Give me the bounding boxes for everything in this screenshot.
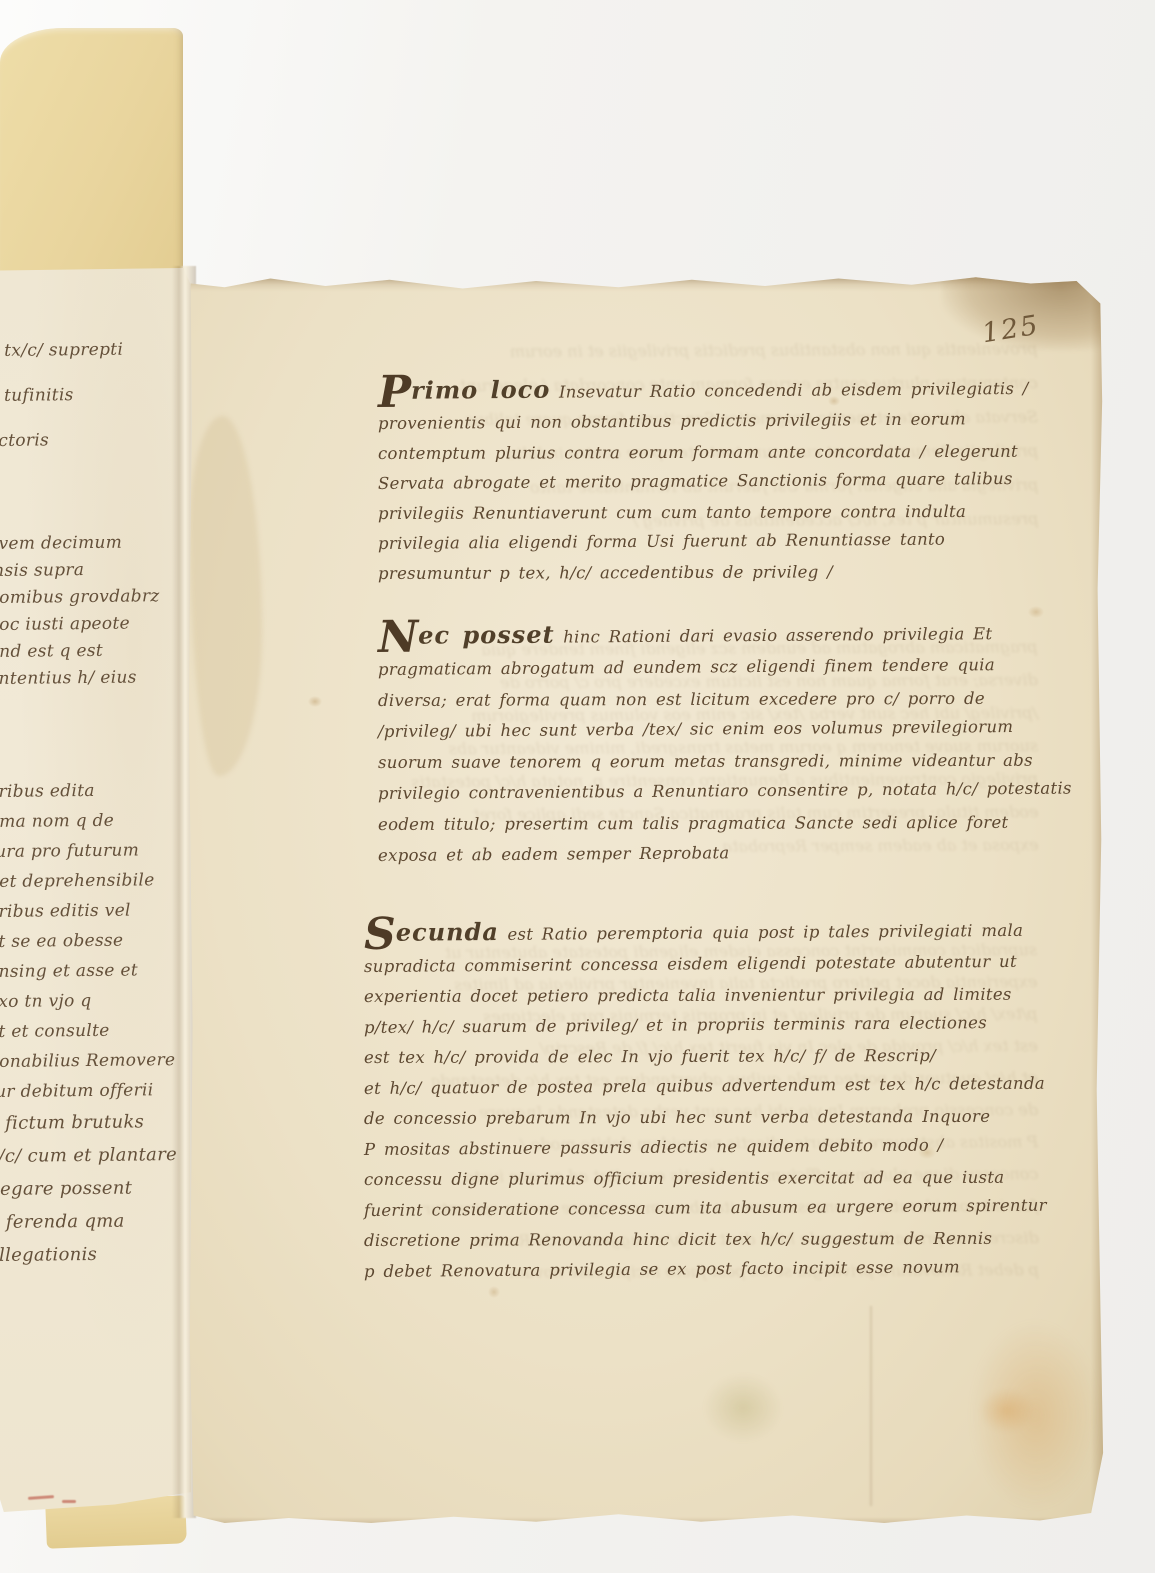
deckled-right-edge [1091,276,1104,1528]
repair-patch [190,416,262,776]
paragraph-primo: Primo loco Insevatur Ratio concedendi ab… [378,376,1074,589]
left-page-line: exo tn vjo q [0,985,188,1017]
left-page-text-block: o tx/c/ supreptie tufinitisectoris [0,328,188,463]
text-line: p debet Renovatura privilegia se ex post… [364,1251,1060,1287]
paper-crease [1113,1206,1115,1486]
left-page-line: tur debitum offerii [0,1075,188,1107]
left-page-line: allegationis [0,1237,188,1272]
paragraph-secunda: Secunda est Ratio peremptoria quia post … [364,918,1060,1287]
left-page-line: e tufinitis [0,372,188,419]
left-page-line: msis supra [0,556,188,585]
text-line-rest: Insevatur Ratio concedendi ab eisdem pri… [559,379,1029,402]
left-page-line: oribus editis vel [0,895,188,927]
left-page-line: qma nom q de [0,805,188,837]
paragraph-lead: ecunda [396,917,499,947]
left-page-line: oribus edita [0,775,188,807]
text-line: provenientis qui non obstantibus predict… [378,404,1074,439]
text-line: pragmaticam abrogatum ad eundem scz elig… [378,649,1074,685]
left-page: o tx/c/ supreptie tufinitisectoris ovem … [0,268,191,1512]
text-line-rest: est Ratio peremptoria quia post ip tales… [507,921,1023,944]
paper-crease [870,1306,872,1506]
paragraph-lead: ec posset [418,620,555,650]
ghost-line: provenientis qui non obstantibus predict… [337,332,1037,370]
left-page-line: o fictum brutuks [0,1105,188,1140]
paragraph-lead: rimo loco [411,375,550,405]
text-line: supradicta commiserint concessa eisdem e… [364,946,1060,982]
main-page: provenientis qui non obstantibus predict… [188,276,1104,1528]
left-page-line: ontentius h/ eius [0,664,188,693]
left-page-line: und est q est [0,637,188,666]
stain-spot [703,1373,783,1443]
left-page-text-block: oribus editaqma nom q detura pro futurum… [0,776,188,1106]
left-page-line: hoc iusti apeote [0,610,188,639]
left-page-line: o tx/c/ suprepti [0,327,188,374]
text-line: privilegia alia eligendi forma Usi fueru… [378,524,1074,559]
left-page-line: tura pro futurum [0,835,188,867]
left-page-line: llegare possent [0,1171,188,1206]
text-line: p/tex/ h/c/ suarum de privileg/ et in pr… [364,1007,1060,1043]
left-page-line: bet deprehensibile [0,865,188,897]
left-page-line: at et consulte [0,1015,188,1047]
red-ink-mark [28,1495,54,1500]
text-line: Servata abrogate et merito pragmatice Sa… [378,464,1074,499]
left-page-line: homibus grovdabrz [0,583,188,612]
left-page-text-block: o fictum brutuksy/c/ cum et plantarelleg… [0,1106,188,1271]
left-page-line: honabilius Removere [0,1045,188,1077]
left-page-line: ovem decimum [0,529,188,558]
left-page-line: at se ea obesse [0,925,188,957]
stain-spot [308,696,322,707]
manuscript-photo: o tx/c/ supreptie tufinitisectoris ovem … [0,0,1155,1573]
text-line: /privileg/ ubi hec sunt verba /tex/ sic … [378,711,1074,747]
text-line: P mositas abstinuere passuris adiectis n… [364,1129,1060,1165]
stain-spot [979,1388,1034,1433]
left-page-line: ectoris [0,417,188,464]
torn-bottom-edge [188,1517,1104,1528]
text-line: et h/c/ quatuor de postea prela quibus a… [364,1068,1060,1104]
left-page-text-block: ovem decimummsis suprahomibus grovdabrzh… [0,530,188,692]
left-page-line: y/c/ cum et plantare [0,1138,188,1173]
text-line: fuerint consideratione concessa cum ita … [364,1190,1060,1226]
left-page-line: onsing et asse et [0,955,188,987]
left-page-line: b ferenda qma [0,1204,188,1239]
paragraph-nec-posset: Nec posset hinc Rationi dari evasio asse… [378,620,1074,871]
text-line: Primo loco Insevatur Ratio concedendi ab… [378,371,1074,409]
text-line: Secunda est Ratio peremptoria quia post … [364,913,1060,952]
text-line-rest: hinc Rationi dari evasio asserendo privi… [563,624,992,646]
text-line: exposa et ab eadem semper Reprobata [378,835,1074,871]
text-line: presumuntur p tex, h/c/ accedentibus de … [378,557,1074,589]
text-line: privilegio contravenientibus a Renuntiar… [378,773,1074,809]
red-ink-mark [62,1500,76,1503]
flyleaf-corner [0,28,183,280]
text-line: Nec posset hinc Rationi dari evasio asse… [378,615,1074,654]
